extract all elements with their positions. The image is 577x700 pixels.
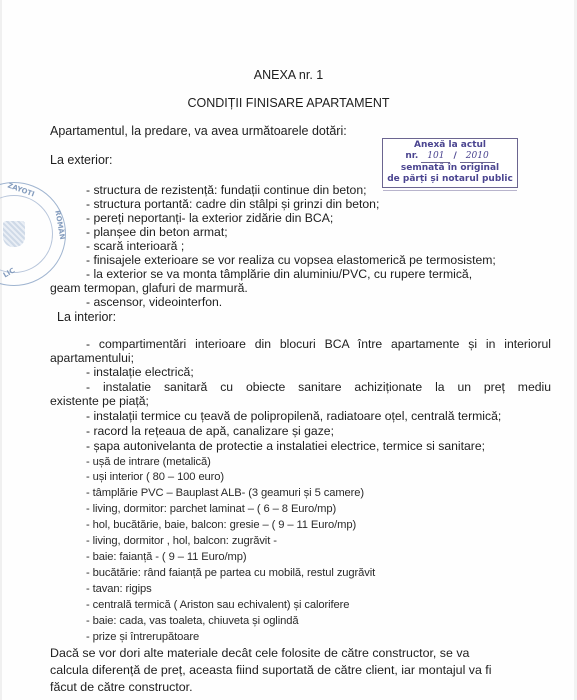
document-page: ANEXA nr. 1 CONDIȚII FINISARE APARTAMENT…: [0, 0, 577, 700]
interior-item: - baie: faianță - ( 9 – 11 Euro/mp): [86, 550, 246, 564]
stamp-separator: /: [453, 151, 456, 163]
stamp-underline: [383, 190, 517, 191]
stamp-line-notary: de părți și notarul public: [383, 174, 517, 185]
exterior-item-continuation: geam termopan, glafuri de marmură.: [50, 281, 248, 295]
exterior-item: - la exterior se va monta tâmplărie din …: [86, 267, 472, 281]
interior-item: - instalații termice cu țeavă de polipro…: [86, 409, 501, 423]
interior-item: - uși interior ( 80 – 100 euro): [86, 470, 224, 484]
interior-heading: La interior:: [57, 310, 116, 324]
interior-item: - hol, bucătărie, baie, balcon: gresie –…: [86, 518, 356, 532]
interior-item: - living, dormitor: parchet laminat – ( …: [86, 502, 336, 516]
interior-item: - living, dormitor , hol, balcon: zugrăv…: [86, 534, 277, 548]
closing-line: Dacă se vor dori alte materiale decât ce…: [50, 646, 469, 660]
notary-stamp: Anexă la actul nr. 101 / 2010 semnată în…: [382, 138, 518, 188]
exterior-item: - planșee din beton armat;: [86, 225, 228, 239]
stamp-nr-value: 101: [421, 151, 450, 163]
interior-item: - racord la rețeaua de apă, canalizare ș…: [86, 424, 334, 438]
exterior-item: - pereți neportanți- la exterior zidărie…: [86, 211, 333, 225]
exterior-item: - finisajele exterioare se vor realiza c…: [86, 253, 496, 267]
closing-line: calcula diferență de preț, aceasta fiind…: [50, 663, 492, 677]
stamp-line-number: nr. 101 / 2010: [383, 151, 517, 163]
interior-item: - centrală termică ( Ariston sau echival…: [86, 598, 349, 612]
coat-of-arms-icon: [3, 221, 25, 247]
interior-item: - tâmplărie PVC – Bauplast ALB- (3 geamu…: [86, 486, 364, 500]
interior-item: - compartimentări interioare din blocuri…: [86, 337, 551, 351]
exterior-heading: La exterior:: [50, 153, 113, 167]
exterior-item: - scară interioară ;: [86, 239, 184, 253]
stamp-year: 2010: [460, 151, 495, 163]
intro-paragraph: Apartamentul, la predare, va avea următo…: [50, 124, 347, 138]
interior-item: - ușă de intrare (metalică): [86, 455, 211, 469]
exterior-item: - ascensor, videointerfon.: [86, 295, 222, 309]
stamp-line-signed: semnată în original: [383, 163, 517, 174]
interior-item: - prize și întrerupătoare: [86, 630, 199, 644]
interior-item-continuation: existente pe piață;: [50, 394, 149, 408]
stamp-nr-label: nr.: [405, 151, 418, 163]
interior-item: - tavan: rigips: [86, 582, 152, 596]
interior-item: - șapa autonivelanta de protectie a inst…: [86, 439, 485, 453]
interior-item: - instalatie sanitară cu obiecte sanitar…: [86, 380, 551, 394]
interior-item-continuation: apartamentului;: [50, 351, 134, 365]
interior-item: - instalație electrică;: [86, 365, 194, 379]
seal-side-text: ROMÂN: [53, 210, 66, 241]
exterior-item: - structura de rezistență: fundații cont…: [86, 183, 366, 197]
interior-item: - bucătărie: rând faianță pe partea cu m…: [86, 566, 375, 580]
exterior-item: - structura portantă: cadre din stâlpi ș…: [86, 197, 379, 211]
round-seal: ZAYOTI ROMÂN LIC: [0, 182, 66, 286]
document-subtitle: CONDIȚII FINISARE APARTAMENT: [0, 96, 577, 110]
stamp-line-annex: Anexă la actul: [383, 140, 517, 151]
interior-item: - baie: cada, vas toaleta, chiuveta și o…: [86, 614, 298, 628]
document-title: ANEXA nr. 1: [0, 68, 577, 82]
closing-line: făcut de către constructor.: [50, 680, 193, 694]
